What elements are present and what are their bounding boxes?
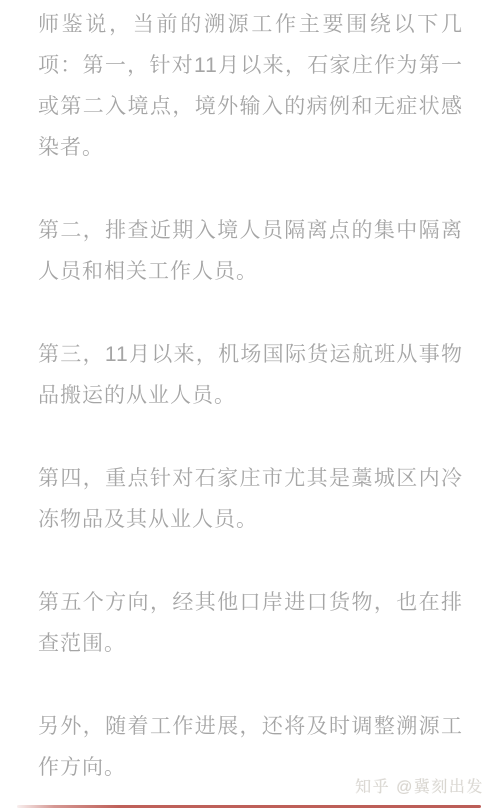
text-line: 查范围。: [38, 623, 463, 664]
article-body: 师鉴说，当前的溯源工作主要围绕以下几 项：第一，针对11月以来，石家庄作为第一 …: [38, 4, 463, 788]
text-line: 第三，11月以来，机场国际货运航班从事物: [38, 334, 463, 375]
text-line: 人员和相关工作人员。: [38, 251, 463, 292]
paragraph-4: 第四，重点针对石家庄市尤其是藁城区内冷 冻物品及其从业人员。: [38, 458, 463, 540]
text-line: 冻物品及其从业人员。: [38, 499, 463, 540]
text-line: 第二，排查近期入境人员隔离点的集中隔离: [38, 210, 463, 251]
text-line: 染者。: [38, 127, 463, 168]
text-line: 另外，随着工作进展，还将及时调整溯源工: [38, 706, 463, 747]
text-line: 第五个方向，经其他口岸进口货物，也在排: [38, 582, 463, 623]
text-line: 项：第一，针对11月以来，石家庄作为第一: [38, 45, 463, 86]
paragraph-5: 第五个方向，经其他口岸进口货物，也在排 查范围。: [38, 582, 463, 664]
text-line: 第四，重点针对石家庄市尤其是藁城区内冷: [38, 458, 463, 499]
text-line: 或第二入境点，境外输入的病例和无症状感: [38, 86, 463, 127]
paragraph-1: 师鉴说，当前的溯源工作主要围绕以下几 项：第一，针对11月以来，石家庄作为第一 …: [38, 4, 463, 168]
red-divider-line: [17, 805, 481, 808]
text-line: 师鉴说，当前的溯源工作主要围绕以下几: [38, 4, 463, 45]
text-line: 品搬运的从业人员。: [38, 375, 463, 416]
article-page: 师鉴说，当前的溯源工作主要围绕以下几 项：第一，针对11月以来，石家庄作为第一 …: [0, 0, 500, 811]
zhihu-watermark: 知乎 @冀刻出发: [355, 774, 484, 797]
paragraph-2: 第二，排查近期入境人员隔离点的集中隔离 人员和相关工作人员。: [38, 210, 463, 292]
paragraph-3: 第三，11月以来，机场国际货运航班从事物 品搬运的从业人员。: [38, 334, 463, 416]
